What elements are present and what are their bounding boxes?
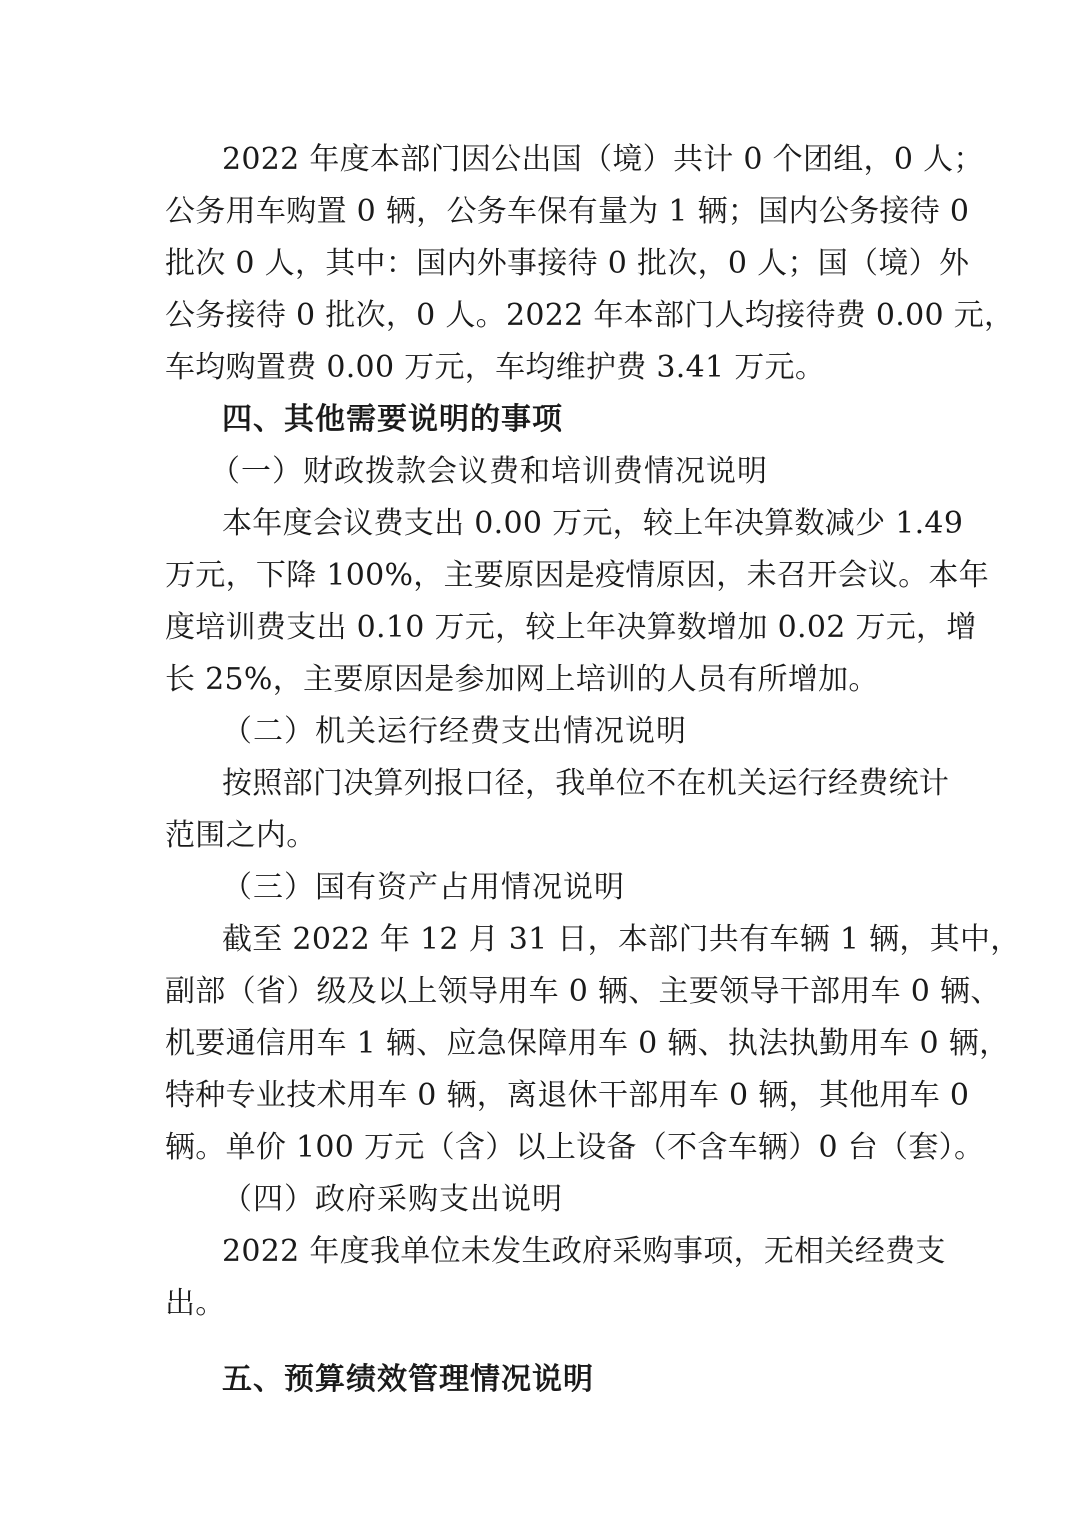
paragraph-line: 车均购置费 0.00 万元，车均维护费 3.41 万元。 <box>165 348 915 388</box>
paragraph-line: 副部（省）级及以上领导用车 0 辆、主要领导干部用车 0 辆、 <box>165 972 915 1012</box>
paragraph-line: 机要通信用车 1 辆、应急保障用车 0 辆、执法执勤用车 0 辆， <box>165 1024 915 1064</box>
paragraph-line: 本年度会议费支出 0.00 万元，较上年决算数减少 1.49 <box>222 504 915 544</box>
paragraph-line: 2022 年度我单位未发生政府采购事项，无相关经费支 <box>222 1232 915 1272</box>
subsection-heading-operating-expenses: （二）机关运行经费支出情况说明 <box>222 712 687 752</box>
paragraph-line: 出。 <box>165 1284 915 1324</box>
section-heading-other-matters: 四、其他需要说明的事项 <box>222 400 563 440</box>
paragraph-line: 公务接待 0 批次，0 人。2022 年本部门人均接待费 0.00 元， <box>165 296 915 336</box>
paragraph-line: 辆。单价 100 万元（含）以上设备（不含车辆）0 台（套）。 <box>165 1128 915 1168</box>
document-page: 2022 年度本部门因公出国（境）共计 0 个团组，0 人； 公务用车购置 0 … <box>0 0 1074 1520</box>
paragraph-line: 批次 0 人，其中：国内外事接待 0 批次，0 人；国（境）外 <box>165 244 915 284</box>
paragraph-line: 特种专业技术用车 0 辆，离退休干部用车 0 辆，其他用车 0 <box>165 1076 915 1116</box>
subsection-heading-government-procurement: （四）政府采购支出说明 <box>222 1180 563 1220</box>
paragraph-line: 截至 2022 年 12 月 31 日，本部门共有车辆 1 辆，其中， <box>222 920 915 960</box>
subsection-heading-state-assets: （三）国有资产占用情况说明 <box>222 868 625 908</box>
paragraph-line: 度培训费支出 0.10 万元，较上年决算数增加 0.02 万元，增 <box>165 608 915 648</box>
paragraph-line: 2022 年度本部门因公出国（境）共计 0 个团组，0 人； <box>222 140 915 180</box>
section-heading-performance-management: 五、预算绩效管理情况说明 <box>222 1360 594 1400</box>
paragraph-line: 公务用车购置 0 辆，公务车保有量为 1 辆；国内公务接待 0 <box>165 192 915 232</box>
paragraph-line: 长 25%，主要原因是参加网上培训的人员有所增加。 <box>165 660 915 700</box>
paragraph-line: 万元，下降 100%，主要原因是疫情原因，未召开会议。本年 <box>165 556 915 596</box>
paragraph-line: 范围之内。 <box>165 816 915 856</box>
subsection-heading-meeting-training-fees: （一）财政拨款会议费和培训费情况说明 <box>210 452 768 492</box>
paragraph-line: 按照部门决算列报口径，我单位不在机关运行经费统计 <box>222 764 915 804</box>
